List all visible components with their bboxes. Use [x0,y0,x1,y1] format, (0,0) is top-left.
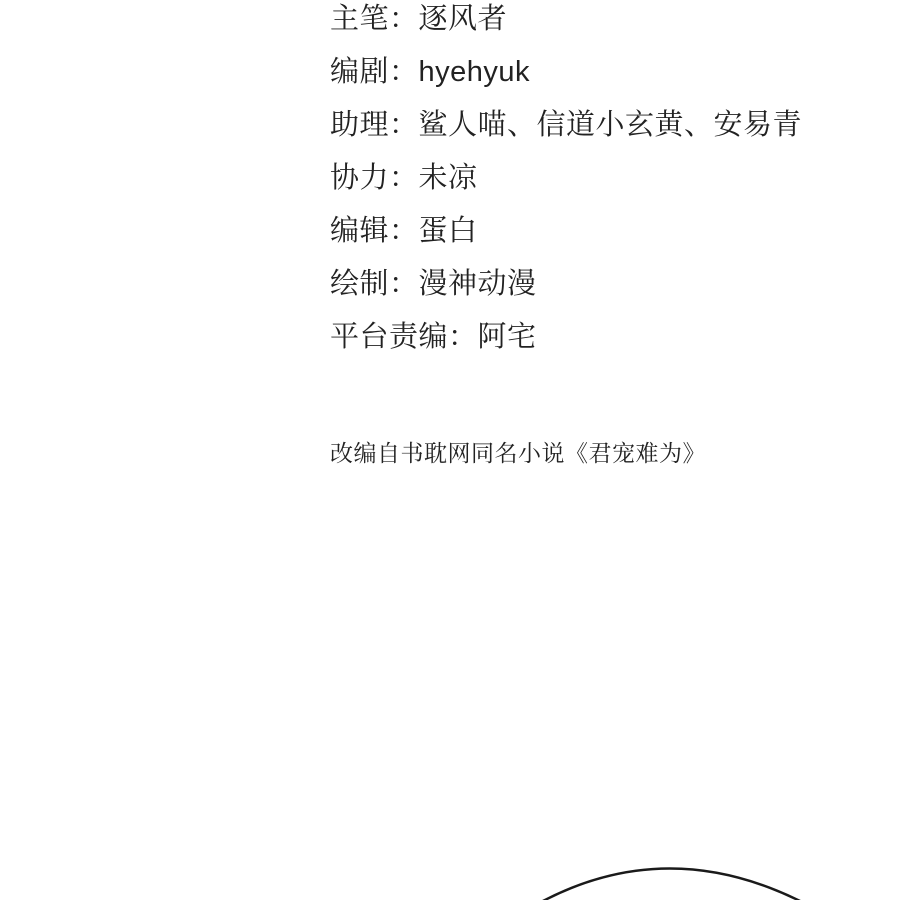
credit-line-drawing-studio: 绘制：漫神动漫 [330,258,802,311]
adaptation-note: 改编自书耽网同名小说《君宠难为》 [330,437,706,469]
credit-line-platform-editor: 平台责编：阿宅 [330,311,802,364]
head-outline-arc-icon [543,869,800,900]
credit-line-lead-artist: 主笔：逐风者 [330,0,802,46]
credit-line-editor: 编辑：蛋白 [330,205,802,258]
credit-line-support: 协力：未凉 [330,152,802,205]
credits-block: 主笔：逐风者 编剧：hyehyuk 助理：鲨人喵、信道小玄黄、安易青 协力：未凉… [330,0,802,364]
credit-line-screenwriter: 编剧：hyehyuk [330,46,802,99]
credit-line-assistants: 助理：鲨人喵、信道小玄黄、安易青 [330,99,802,152]
